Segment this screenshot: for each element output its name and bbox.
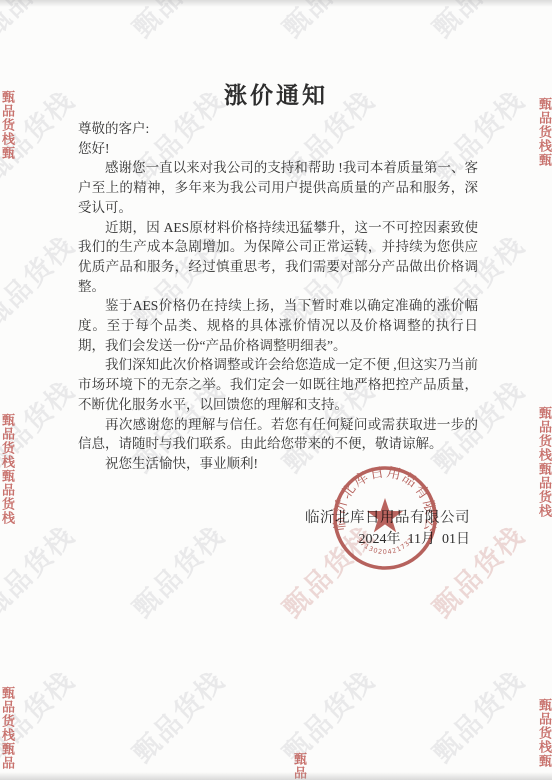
watermark-tile: 甄品货栈 (422, 0, 532, 45)
seal-star-icon (367, 498, 403, 532)
paragraph: 近期，因 AES原材料价格持续迅猛攀升，这一不可控因素致使我们的生产成本急剧增加… (78, 218, 478, 297)
greeting: 您好! (78, 139, 478, 159)
paragraph: 鉴于AES价格仍在持续上扬，当下暂时难以确定准确的涨价幅度。至于每个品类、规格的… (78, 296, 478, 355)
document-title: 涨价通知 (0, 77, 552, 110)
watermark-edge-strip: 甄品货栈甄品货栈 (537, 406, 552, 522)
paragraph: 我们深知此次价格调整或许会给您造成一定不便 ,但这实乃当前市场环境下的无奈之举。… (78, 355, 478, 414)
paragraph: 感谢您一直以来对我公司的支持和帮助 !我司本着质量第一、客户至上的精神，多年来为… (78, 158, 478, 217)
watermark-tile: 甄品货栈 (272, 0, 382, 45)
watermark-edge-strip: 甄品货栈甄品货栈 (0, 686, 15, 780)
watermark-tile: 甄品货栈 (0, 0, 82, 45)
watermark-tile: 甄品货栈 (272, 660, 382, 770)
watermark-edge-strip: 甄品货栈甄品货栈 (537, 97, 552, 177)
watermark-edge-strip: 甄品货栈甄品货栈 (537, 698, 552, 780)
scan-edge-bottom (0, 772, 552, 780)
svg-text:3713020421737: 3713020421737 (355, 536, 415, 556)
watermark-tile: 甄品货栈 (122, 0, 232, 45)
watermark-tile: 甄品货栈 (0, 225, 82, 335)
watermark-tile: 甄品货栈 (422, 660, 532, 770)
letter-body: 尊敬的客户: 您好! 感谢您一直以来对我公司的支持和帮助 !我司本着质量第一、客… (78, 119, 478, 474)
seal-serial-number: 3713020421737 (355, 536, 415, 556)
salutation: 尊敬的客户: (78, 119, 478, 139)
paragraph: 再次感谢您的理解与信任。若您有任何疑问或需获取进一步的信息，请随时与我们联系。由… (78, 415, 478, 454)
company-seal-stamp: 临沂北库日用品有限公司 3713020421737 (330, 463, 440, 573)
watermark-tile: 甄品货栈 (122, 660, 232, 770)
scanned-letter-page: 甄品货栈 甄品货栈 甄品货栈 甄品货栈 甄品货栈 甄品货栈 甄品货栈 甄品货栈 … (0, 0, 552, 780)
watermark-edge-strip: 甄品货栈甄品货栈 (292, 752, 307, 780)
watermark-edge-strip: 甄品货栈甄品货栈 (0, 90, 15, 170)
watermark-edge-strip: 甄品货栈甄品货栈 (0, 413, 15, 531)
